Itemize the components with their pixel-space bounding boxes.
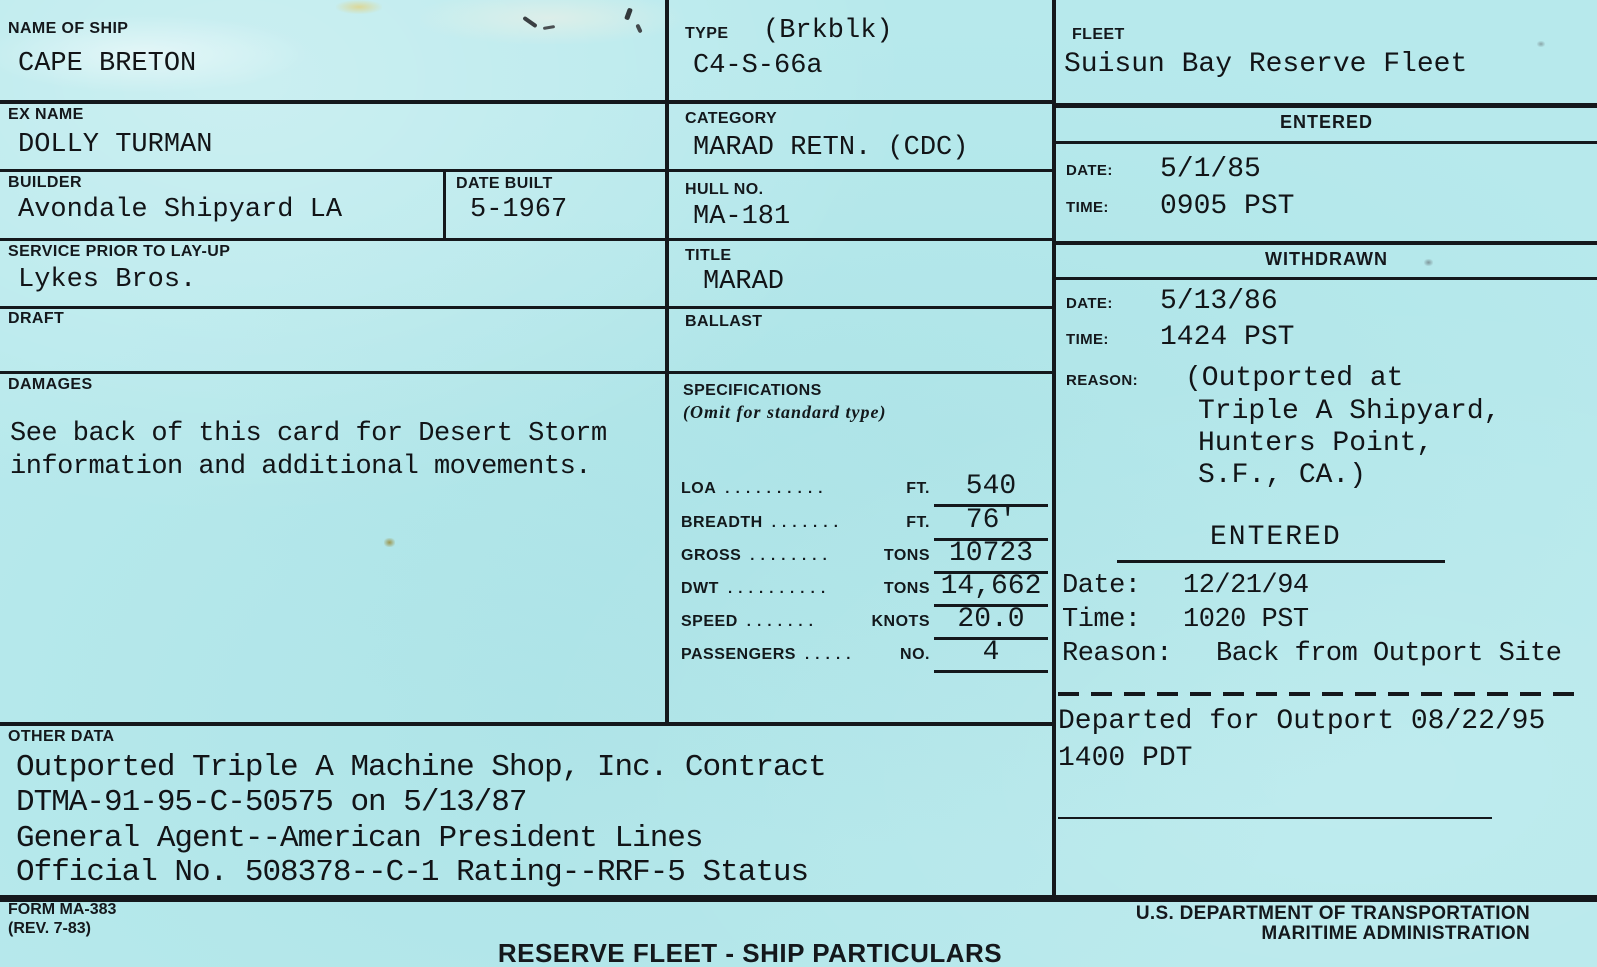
ink-speck <box>635 24 642 34</box>
entered-section-header: ENTERED <box>1056 112 1597 133</box>
spec-loa-label: LOA <box>681 480 716 498</box>
spec-speed-label: SPEED <box>681 613 738 631</box>
builder-label: BUILDER <box>8 174 82 192</box>
grid-line <box>0 722 1054 726</box>
spec-dwt-unit: TONS <box>884 580 930 598</box>
spec-speed-leader: . . . . . . . <box>747 613 865 630</box>
spec-gross-label: GROSS <box>681 547 741 565</box>
spec-breadth-unit: FT. <box>906 514 930 532</box>
typed-dashed-line <box>1058 692 1584 696</box>
grid-line <box>0 100 1054 104</box>
reentered-date-label: Date: <box>1062 572 1141 600</box>
other-data-line2: DTMA-91-95-C-50575 on 5/13/87 <box>16 787 527 820</box>
grid-line <box>0 238 1054 241</box>
service-prior-value: Lykes Bros. <box>18 266 196 294</box>
reentered-date-value: 12/21/94 <box>1183 572 1309 600</box>
ship-particulars-card: { "form": { "fields": { "name_of_ship": … <box>0 0 1597 967</box>
name-of-ship-label: NAME OF SHIP <box>8 20 128 38</box>
form-word: FORM <box>8 901 60 918</box>
spec-gross-unit: TONS <box>884 547 930 565</box>
withdrawn-time-label: TIME: <box>1066 331 1109 348</box>
spec-dwt-label: DWT <box>681 580 719 598</box>
title-label: TITLE <box>685 247 731 265</box>
type-value: C4-S-66a <box>693 52 823 80</box>
spec-passengers-value: 4 <box>934 639 1048 673</box>
scan-stain <box>336 0 382 14</box>
spec-speed-value: 20.0 <box>934 606 1048 640</box>
reentered-reason-label: Reason: <box>1062 640 1172 668</box>
ex-name-value: DOLLY TURMAN <box>18 131 212 159</box>
type-label: TYPE <box>685 25 728 43</box>
withdrawn-time-value: 1424 PST <box>1160 323 1294 352</box>
grid-line <box>0 306 1054 309</box>
reentered-time-value: 1020 PST <box>1183 606 1309 634</box>
withdrawn-reason-line1: (Outported at <box>1185 364 1403 393</box>
departed-note-line1: Departed for Outport 08/22/95 <box>1058 707 1545 736</box>
withdrawn-section-header: WITHDRAWN <box>1056 249 1597 270</box>
agency-name-line1: U.S. DEPARTMENT OF TRANSPORTATION <box>1000 903 1530 925</box>
spec-row-passengers: PASSENGERS . . . . . NO. 4 <box>681 639 1048 673</box>
entered-time-value: 0905 PST <box>1160 192 1294 221</box>
departed-note-line2: 1400 PDT <box>1058 744 1192 773</box>
ink-speck <box>543 25 555 30</box>
date-built-label: DATE BUILT <box>456 175 553 193</box>
spec-row-gross: GROSS . . . . . . . . TONS 10723 <box>681 540 1048 574</box>
entered-date-value: 5/1/85 <box>1160 155 1261 184</box>
other-data-label: OTHER DATA <box>8 728 115 746</box>
specifications-label: SPECIFICATIONS <box>683 382 822 400</box>
card-title: RESERVE FLEET - SHIP PARTICULARS <box>420 938 1080 967</box>
grid-line <box>1052 103 1597 108</box>
draft-label: DRAFT <box>8 310 64 328</box>
grid-line <box>1052 277 1597 280</box>
spec-passengers-label: PASSENGERS <box>681 646 796 664</box>
date-built-value: 5-1967 <box>470 196 567 224</box>
spec-dwt-leader: . . . . . . . . . . <box>728 580 877 597</box>
withdrawn-date-value: 5/13/86 <box>1160 287 1278 316</box>
scan-speck <box>1537 41 1545 47</box>
form-number: MA-383 <box>60 901 117 918</box>
hull-no-value: MA-181 <box>693 203 790 231</box>
grid-line <box>665 0 669 725</box>
service-prior-label: SERVICE PRIOR TO LAY-UP <box>8 243 230 261</box>
withdrawn-reason-line2: Triple A Shipyard, <box>1198 397 1500 426</box>
agency-name-line2: MARITIME ADMINISTRATION <box>1000 923 1530 945</box>
withdrawn-reason-label: REASON: <box>1066 372 1138 389</box>
grid-line <box>1052 141 1597 144</box>
spec-dwt-value: 14,662 <box>934 573 1048 607</box>
spec-breadth-leader: . . . . . . . <box>772 514 900 531</box>
spec-row-speed: SPEED . . . . . . . KNOTS 20.0 <box>681 606 1048 640</box>
entered-date-label: DATE: <box>1066 162 1113 179</box>
builder-value: Avondale Shipyard LA <box>18 196 342 224</box>
reentered-section-header: ENTERED <box>1210 523 1342 552</box>
card-bottom-border <box>0 895 1597 902</box>
name-of-ship-value: CAPE BRETON <box>18 50 196 78</box>
fleet-value: Suisun Bay Reserve Fleet <box>1064 50 1467 79</box>
hull-no-label: HULL NO. <box>685 181 763 199</box>
grid-line <box>0 169 1054 172</box>
spec-row-breadth: BREADTH . . . . . . . FT. 76' <box>681 507 1048 541</box>
other-data-line4: Official No. 508378--C-1 Rating--RRF-5 S… <box>16 857 808 890</box>
withdrawn-date-label: DATE: <box>1066 295 1113 312</box>
type-note: (Brkblk) <box>763 17 893 45</box>
other-data-line3: General Agent--American President Lines <box>16 823 703 856</box>
entered-time-label: TIME: <box>1066 199 1109 216</box>
category-label: CATEGORY <box>685 110 777 128</box>
specifications-note: (Omit for standard type) <box>683 402 887 423</box>
reentered-time-label: Time: <box>1062 606 1141 634</box>
fleet-label: FLEET <box>1072 26 1125 44</box>
ex-name-label: EX NAME <box>8 106 84 124</box>
form-number-line: FORM MA-383 <box>8 901 116 919</box>
grid-line <box>1058 817 1492 819</box>
other-data-line1: Outported Triple A Machine Shop, Inc. Co… <box>16 752 826 785</box>
reentered-reason-value: Back from Outport Site <box>1216 640 1561 668</box>
damages-text-line2: information and additional movements. <box>10 453 591 481</box>
grid-line <box>1052 241 1597 245</box>
grid-line <box>0 371 1054 374</box>
typed-underline <box>1117 560 1445 563</box>
scan-stain <box>420 0 680 44</box>
withdrawn-reason-line4: S.F., CA.) <box>1198 461 1366 490</box>
spec-loa-value: 540 <box>934 473 1048 507</box>
spec-loa-leader: . . . . . . . . . . <box>725 480 899 497</box>
spec-breadth-value: 76' <box>934 507 1048 541</box>
damages-label: DAMAGES <box>8 376 93 394</box>
spec-row-loa: LOA . . . . . . . . . . FT. 540 <box>681 473 1048 507</box>
damages-text-line1: See back of this card for Desert Storm <box>10 420 607 448</box>
ballast-label: BALLAST <box>685 313 762 331</box>
grid-line <box>443 171 446 241</box>
form-revision: (REV. 7-83) <box>8 920 91 938</box>
spec-passengers-leader: . . . . . <box>805 646 893 663</box>
spec-loa-unit: FT. <box>906 480 930 498</box>
spec-row-dwt: DWT . . . . . . . . . . TONS 14,662 <box>681 573 1048 607</box>
spec-passengers-unit: NO. <box>900 646 930 664</box>
spec-gross-value: 10723 <box>934 540 1048 574</box>
scan-speck <box>384 538 395 547</box>
ink-speck <box>624 8 633 21</box>
ink-speck <box>522 16 537 28</box>
title-value: MARAD <box>703 268 784 296</box>
withdrawn-reason-line3: Hunters Point, <box>1198 429 1433 458</box>
spec-speed-unit: KNOTS <box>872 613 931 631</box>
spec-gross-leader: . . . . . . . . <box>750 547 877 564</box>
spec-breadth-label: BREADTH <box>681 514 763 532</box>
category-value: MARAD RETN. (CDC) <box>693 134 968 162</box>
grid-line <box>1052 0 1056 901</box>
